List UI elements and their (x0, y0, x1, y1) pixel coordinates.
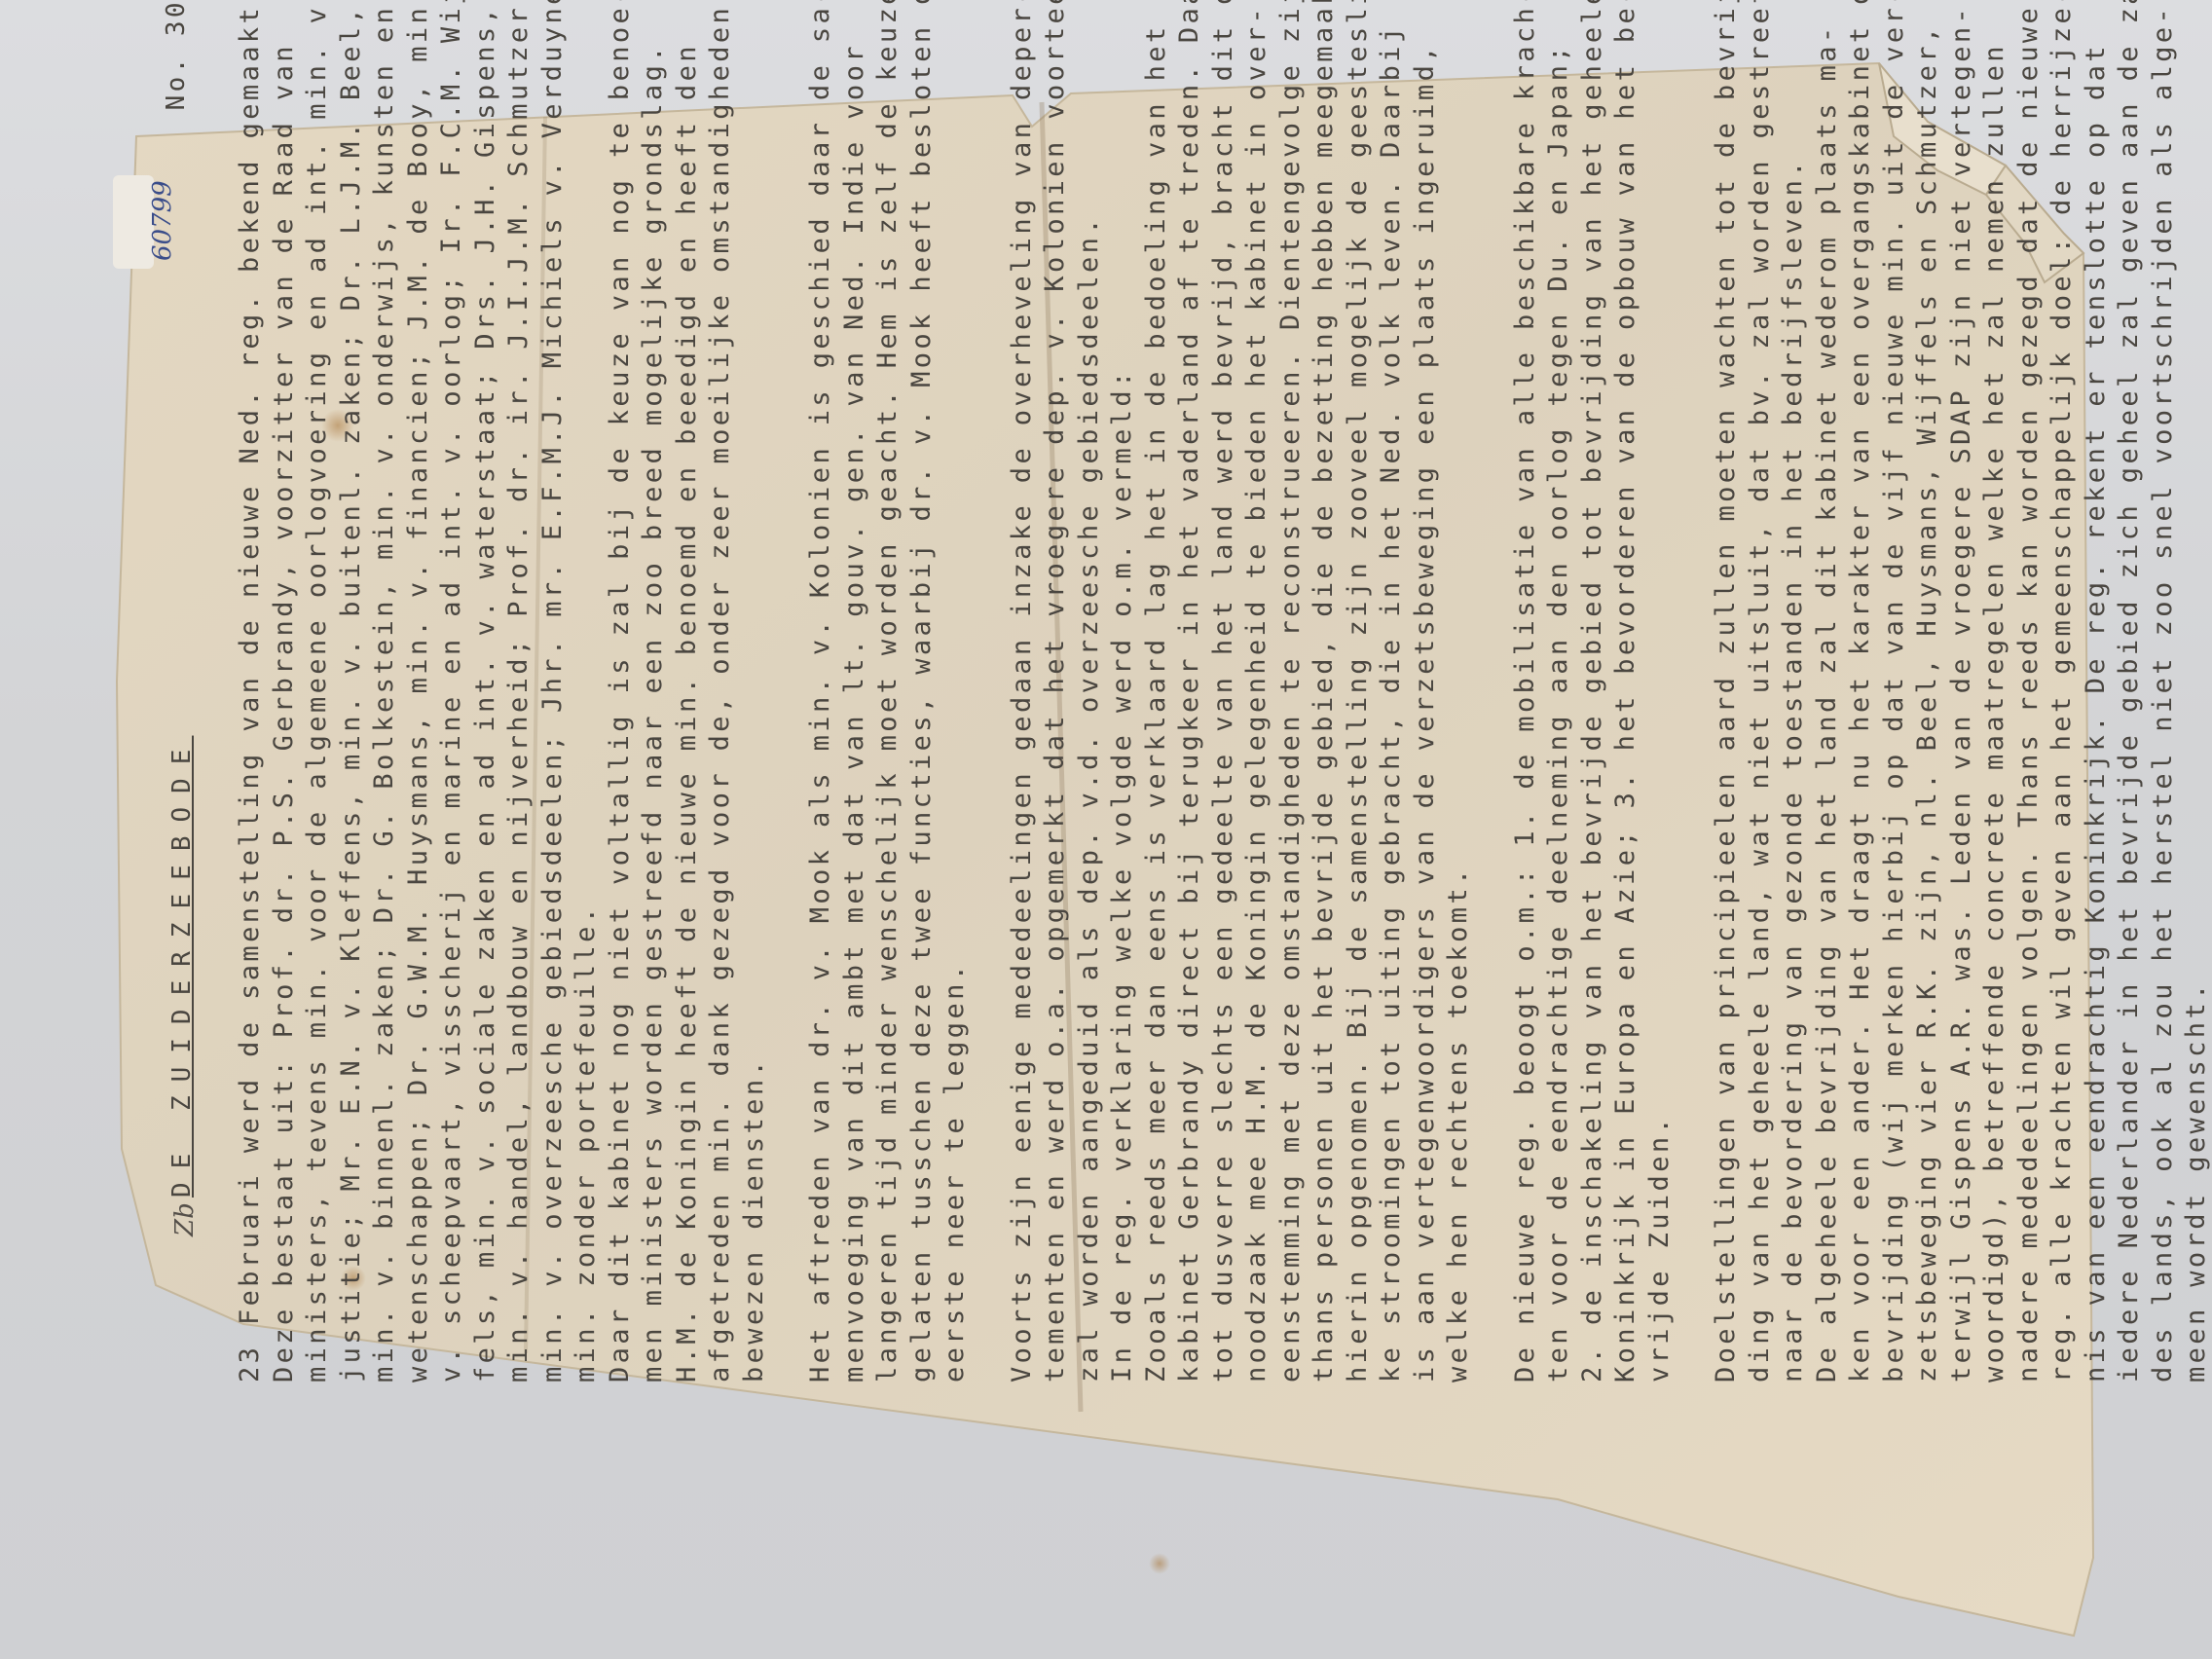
text-line: min. v. binnenl. zaken; Dr. G. Bolkestei… (368, 0, 402, 1382)
paragraph: De nieuwe reg. beoogt o.m.: 1. de mobili… (1509, 0, 1677, 1382)
text-line: In de reg. verklaring welke volgde werd … (1106, 0, 1140, 1382)
paragraph: Voorts zijn eenige mededeelingen gedaan … (1006, 0, 1476, 1382)
text-line: Deze bestaat uit: Prof. dr. P.S. Gerbran… (268, 0, 302, 1382)
text-line: des lands, ook al zou het herstel niet z… (2147, 0, 2181, 1382)
text-line: Zooals reeds meer dan eens is verklaard … (1140, 0, 1174, 1382)
text-line: is aan vertegenwoordigers van de verzets… (1409, 0, 1443, 1382)
text-line: 2. de inschakeling van het bevrijde gebi… (1576, 0, 1610, 1382)
text-line: eenstemming met deze omstandigheden te r… (1274, 0, 1309, 1382)
text-line: De algeheele bevrijding van het land zal… (1811, 0, 1845, 1382)
text-line: gelaten tusschen deze twee functies, waa… (905, 0, 940, 1382)
text-line: naar de bevordering van gezonde toestand… (1777, 0, 1811, 1382)
text-line: Het aftreden van dr. v. Mook als min. v.… (804, 0, 838, 1382)
page-header: DE ZUIDERZEEBODE No. 30. (156, 0, 234, 1382)
text-line: afgetreden min. dank gezegd voor de, ond… (704, 0, 738, 1382)
text-line: iedere Nederlander in het bevrijde gebie… (2113, 0, 2147, 1382)
text-line: nadere mededeelingen volgen. Thans reeds… (2012, 0, 2046, 1382)
text-line: ding van het geheele land, wat niet uits… (1744, 0, 1778, 1382)
text-line: noodzaak mee H.M. de Koningin gelegenhei… (1240, 0, 1274, 1382)
text-line: terwijl Gispens A.R. was. Leden van de v… (1945, 0, 1979, 1382)
text-line: zetsbeweging vier R.K. zijn, nl. Beel, H… (1911, 0, 1945, 1382)
text-line: min. v. handel, landbouw en nijverheid; … (502, 0, 536, 1382)
text-line: Daar dit kabinet nog niet voltallig is z… (604, 0, 638, 1382)
text-line: ten voor de eendrachtige deelneming aan … (1542, 0, 1576, 1382)
text-line: meen wordt gewenscht. (2180, 0, 2212, 1382)
page-body: 23 Februari werd de samenstelling van de… (234, 0, 2212, 1382)
text-line: min. v. overzeesche gebiedsdeelen; Jhr. … (536, 0, 571, 1382)
text-line: zal worden aangeduid als dep. v.d. overz… (1073, 0, 1107, 1382)
text-line: ken voor een ander. Het draagt nu het ka… (1844, 0, 1878, 1382)
text-line: vrijde Zuiden. (1643, 0, 1677, 1382)
text-line: De nieuwe reg. beoogt o.m.: 1. de mobili… (1509, 0, 1543, 1382)
text-line: woordigd), betreffende concrete maatrege… (1978, 0, 2012, 1382)
text-line: Doelstellingen van principieelen aard zu… (1710, 0, 1744, 1382)
text-line: tot dusverre slechts een gedeelte van he… (1207, 0, 1241, 1382)
text-line: min. zonder portefeuille. (570, 0, 604, 1382)
text-line: kabinet Gerbrandy direct bij terugkeer i… (1173, 0, 1207, 1382)
text-line: v. scheepvaart, visscherij en marine en … (435, 0, 469, 1382)
text-line: Koninkrijk in Europa en Azie; 3. het bev… (1609, 0, 1643, 1382)
paragraph: Het aftreden van dr. v. Mook als min. v.… (804, 0, 973, 1382)
text-line: langeren tijd minder wenschelijk moet wo… (871, 0, 905, 1382)
paper-stain (1149, 1553, 1170, 1574)
text-line: hierin opgenomen. Bij de samenstelling z… (1342, 0, 1376, 1382)
text-line: welke hen rechtens toekomt. (1442, 0, 1476, 1382)
text-line: thans personen uit het bevrijde gebied, … (1308, 0, 1342, 1382)
page-title: DE ZUIDERZEEBODE (166, 736, 200, 1198)
text-line: H.M. de Koningin heeft de nieuwe min. be… (671, 0, 705, 1382)
paragraph: Doelstellingen van principieelen aard zu… (1710, 0, 2212, 1382)
text-line: bevrijding (wij merken hierbij op dat va… (1878, 0, 1912, 1382)
issue-number: No. 30. (160, 0, 194, 110)
text-line: wetenschappen; Dr. G.W.M. Huysmans, min.… (402, 0, 436, 1382)
text-line: men ministers worden gestreefd naar een … (637, 0, 671, 1382)
text-line: Voorts zijn eenige mededeelingen gedaan … (1006, 0, 1040, 1382)
text-line: 23 Februari werd de samenstelling van de… (234, 0, 268, 1382)
text-line: ke stroomingen tot uiting gebracht, die … (1375, 0, 1409, 1382)
typed-page: DE ZUIDERZEEBODE No. 30. 23 Februari wer… (156, 0, 2054, 1382)
text-line: ministers, tevens min. voor de algemeene… (301, 0, 335, 1382)
text-line: justitie; Mr. E.N. v. Kleffens, min. v. … (335, 0, 369, 1382)
text-line: menvoeging van dit ambt met dat van lt. … (838, 0, 872, 1382)
text-line: eerste neer te leggen. (939, 0, 973, 1382)
text-line: fels, min. v. sociale zaken en ad int. v… (469, 0, 503, 1382)
paragraph: 23 Februari werd de samenstelling van de… (234, 0, 771, 1382)
text-line: nis van een eendrachtig Koninkrijk. De r… (2080, 0, 2114, 1382)
text-line: reg. alle krachten wil geven aan het gem… (2046, 0, 2080, 1382)
text-line: tementen en werd o.a. opgemerkt dat het … (1039, 0, 1073, 1382)
text-line: bewezen diensten. (738, 0, 772, 1382)
